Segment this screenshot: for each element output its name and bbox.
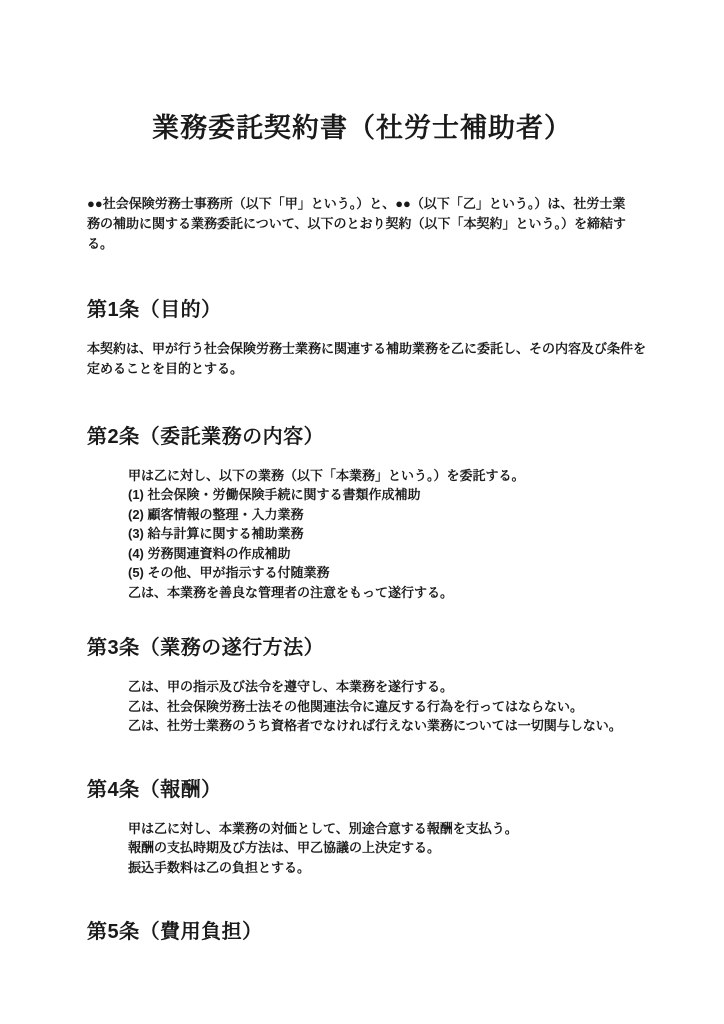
article-3-line: 乙は、社会保険労務士法その他関連法令に違反する行為を行ってはならない。: [128, 697, 654, 717]
article-2-list-item: (4) 労務関連資料の作成補助: [128, 544, 654, 564]
article-3-line: 乙は、社労士業務のうち資格者でなければ行えない業務については一切関与しない。: [128, 716, 654, 736]
article-3-heading: 第3条（業務の遂行方法）: [87, 636, 724, 660]
intro-paragraph: ●●社会保険労務士事務所（以下「甲」という。）と、●●（以下「乙」という。）は、…: [87, 194, 638, 254]
article-2-line: 乙は、本業務を善良な管理者の注意をもって遂行する。: [128, 583, 654, 603]
article-2-body: 甲は乙に対し、以下の業務（以下「本業務」という。）を委託する。 (1) 社会保険…: [128, 466, 654, 603]
article-5-heading: 第5条（費用負担）: [87, 920, 724, 944]
article-2-line: 甲は乙に対し、以下の業務（以下「本業務」という。）を委託する。: [128, 466, 654, 486]
article-1: 第1条（目的） 本契約は、甲が行う社会保険労務士業務に関連する補助業務を乙に委託…: [0, 298, 724, 379]
article-2-list-item: (2) 顧客情報の整理・入力業務: [128, 505, 654, 525]
article-4-line: 甲は乙に対し、本業務の対価として、別途合意する報酬を支払う。: [128, 819, 654, 839]
article-4-body: 甲は乙に対し、本業務の対価として、別途合意する報酬を支払う。 報酬の支払時期及び…: [128, 819, 654, 878]
article-2-list-item: (3) 給与計算に関する補助業務: [128, 524, 654, 544]
article-4-line: 報酬の支払時期及び方法は、甲乙協議の上決定する。: [128, 838, 654, 858]
article-2-heading: 第2条（委託業務の内容）: [87, 425, 724, 449]
article-4-heading: 第4条（報酬）: [87, 778, 724, 802]
article-1-body: 本契約は、甲が行う社会保険労務士業務に関連する補助業務を乙に委託し、その内容及び…: [87, 339, 654, 379]
article-5: 第5条（費用負担）: [0, 920, 724, 944]
article-3-body: 乙は、甲の指示及び法令を遵守し、本業務を遂行する。 乙は、社会保険労務士法その他…: [128, 677, 654, 736]
article-1-line: 本契約は、甲が行う社会保険労務士業務に関連する補助業務を乙に委託し、その内容及び…: [87, 339, 654, 379]
article-2-list-item: (5) その他、甲が指示する付随業務: [128, 563, 654, 583]
article-4: 第4条（報酬） 甲は乙に対し、本業務の対価として、別途合意する報酬を支払う。 報…: [0, 778, 724, 878]
article-4-line: 振込手数料は乙の負担とする。: [128, 858, 654, 878]
article-3-line: 乙は、甲の指示及び法令を遵守し、本業務を遂行する。: [128, 677, 654, 697]
article-2-list-item: (1) 社会保険・労働保険手続に関する書類作成補助: [128, 485, 654, 505]
article-1-heading: 第1条（目的）: [87, 298, 724, 322]
contract-document-page: 業務委託契約書（社労士補助者） ●●社会保険労務士事務所（以下「甲」という。）と…: [0, 0, 724, 1024]
article-2: 第2条（委託業務の内容） 甲は乙に対し、以下の業務（以下「本業務」という。）を委…: [0, 425, 724, 603]
article-3: 第3条（業務の遂行方法） 乙は、甲の指示及び法令を遵守し、本業務を遂行する。 乙…: [0, 636, 724, 736]
document-title: 業務委託契約書（社労士補助者）: [0, 0, 724, 146]
